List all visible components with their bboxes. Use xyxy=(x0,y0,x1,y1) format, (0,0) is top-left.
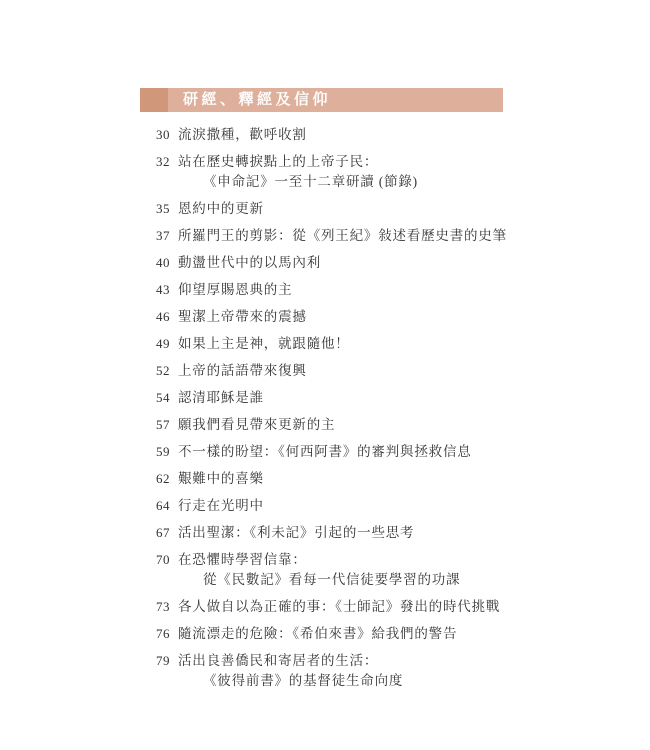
toc-entry: 62艱難中的喜樂 xyxy=(140,469,570,489)
toc-entry-page-number: 57 xyxy=(140,415,170,435)
toc-entry: 52上帝的話語帶來復興 xyxy=(140,361,570,381)
toc-entry-page-number: 30 xyxy=(140,125,170,145)
toc-entry-page-number: 37 xyxy=(140,226,170,246)
toc-entry-title: 站在歷史轉捩點上的上帝子民：《申命記》一至十二章研讀 (節錄) xyxy=(178,152,418,192)
toc-entry-title: 活出聖潔：《利未記》引起的一些思考 xyxy=(178,523,414,543)
toc-entry-page-number: 64 xyxy=(140,496,170,516)
toc-entry: 35恩約中的更新 xyxy=(140,199,570,219)
toc-entry-page-number: 52 xyxy=(140,361,170,381)
toc-entry: 64行走在光明中 xyxy=(140,496,570,516)
toc-entry: 73各人做自以為正確的事：《士師記》發出的時代挑戰 xyxy=(140,597,570,617)
toc-entry: 37所羅門王的剪影：從《列王紀》敍述看歷史書的史筆 xyxy=(140,226,570,246)
toc-entry: 79活出良善僑民和寄居者的生活：《彼得前書》的基督徒生命向度 xyxy=(140,651,570,691)
toc-entry-page-number: 46 xyxy=(140,307,170,327)
toc-entry-subtitle: 從《民數記》看每一代信徒要學習的功課 xyxy=(178,570,460,590)
toc-entry: 70在恐懼時學習信靠：從《民數記》看每一代信徒要學習的功課 xyxy=(140,550,570,590)
toc-entry-subtitle: 《申命記》一至十二章研讀 (節錄) xyxy=(178,172,418,192)
toc-entry-title: 在恐懼時學習信靠：從《民數記》看每一代信徒要學習的功課 xyxy=(178,550,460,590)
toc-entry-title: 不一樣的盼望：《何西阿書》的審判與拯救信息 xyxy=(178,442,472,462)
header-bar-background: 研經、釋經及信仰 xyxy=(168,88,503,112)
toc-entry-page-number: 70 xyxy=(140,550,170,570)
toc-entry-page-number: 40 xyxy=(140,253,170,273)
toc-entry-page-number: 35 xyxy=(140,199,170,219)
toc-entry-page-number: 76 xyxy=(140,624,170,644)
section-title: 研經、釋經及信仰 xyxy=(168,88,331,112)
toc-entry-subtitle: 《彼得前書》的基督徒生命向度 xyxy=(178,671,403,691)
toc-entry-title: 動盪世代中的以馬內利 xyxy=(178,253,321,273)
toc-entry-title: 流淚撒種，歡呼收割 xyxy=(178,125,307,145)
section-header: 研經、釋經及信仰 xyxy=(140,88,503,112)
toc-entry: 30流淚撒種，歡呼收割 xyxy=(140,125,570,145)
toc-entry: 49如果上主是神，就跟隨他！ xyxy=(140,334,570,354)
toc-entry-title: 行走在光明中 xyxy=(178,496,264,516)
toc-entry: 57願我們看見帶來更新的主 xyxy=(140,415,570,435)
toc-entry: 43仰望厚賜恩典的主 xyxy=(140,280,570,300)
toc-entry-title: 所羅門王的剪影：從《列王紀》敍述看歷史書的史筆 xyxy=(178,226,507,246)
toc-page: 研經、釋經及信仰 30流淚撒種，歡呼收割32站在歷史轉捩點上的上帝子民：《申命記… xyxy=(0,0,650,750)
toc-entry: 32站在歷史轉捩點上的上帝子民：《申命記》一至十二章研讀 (節錄) xyxy=(140,152,570,192)
toc-entry-title: 願我們看見帶來更新的主 xyxy=(178,415,335,435)
toc-entry-page-number: 32 xyxy=(140,152,170,172)
toc-entry-title: 艱難中的喜樂 xyxy=(178,469,264,489)
toc-entry-title: 認清耶穌是誰 xyxy=(178,388,264,408)
toc-entry-title: 隨流漂走的危險：《希伯來書》給我們的警告 xyxy=(178,624,457,644)
header-accent-square xyxy=(140,88,168,112)
toc-entry-page-number: 79 xyxy=(140,651,170,671)
toc-entry-page-number: 67 xyxy=(140,523,170,543)
toc-entry-title: 活出良善僑民和寄居者的生活：《彼得前書》的基督徒生命向度 xyxy=(178,651,403,691)
toc-entry: 59不一樣的盼望：《何西阿書》的審判與拯救信息 xyxy=(140,442,570,462)
toc-entry-title: 各人做自以為正確的事：《士師記》發出的時代挑戰 xyxy=(178,597,500,617)
toc-entry-title: 恩約中的更新 xyxy=(178,199,264,219)
toc-entry: 67活出聖潔：《利未記》引起的一些思考 xyxy=(140,523,570,543)
toc-entry-page-number: 54 xyxy=(140,388,170,408)
toc-entry: 54認清耶穌是誰 xyxy=(140,388,570,408)
toc-entry-page-number: 59 xyxy=(140,442,170,462)
toc-entry-title: 上帝的話語帶來復興 xyxy=(178,361,307,381)
toc-entry: 46聖潔上帝帶來的震撼 xyxy=(140,307,570,327)
toc-entry-title: 聖潔上帝帶來的震撼 xyxy=(178,307,307,327)
toc-entry-title: 仰望厚賜恩典的主 xyxy=(178,280,292,300)
toc-entry-page-number: 43 xyxy=(140,280,170,300)
toc-entry-page-number: 73 xyxy=(140,597,170,617)
toc-entry-page-number: 62 xyxy=(140,469,170,489)
toc-entry: 40動盪世代中的以馬內利 xyxy=(140,253,570,273)
toc-entry-page-number: 49 xyxy=(140,334,170,354)
toc-list: 30流淚撒種，歡呼收割32站在歷史轉捩點上的上帝子民：《申命記》一至十二章研讀 … xyxy=(140,125,570,698)
toc-entry: 76隨流漂走的危險：《希伯來書》給我們的警告 xyxy=(140,624,570,644)
toc-entry-title: 如果上主是神，就跟隨他！ xyxy=(178,334,350,354)
